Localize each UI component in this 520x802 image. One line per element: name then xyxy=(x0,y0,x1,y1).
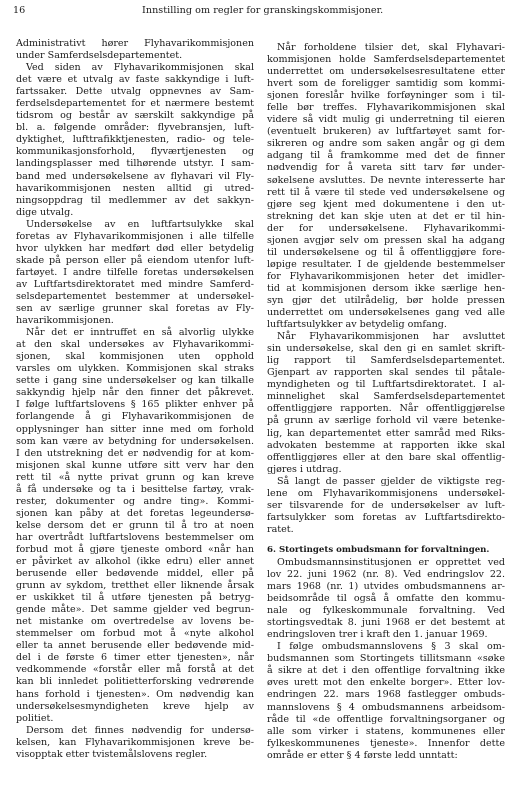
text-line: net mistanke om overtredelse av lovens b… xyxy=(16,616,254,628)
page-header: 16 Innstilling om regler for granskingsk… xyxy=(0,5,520,21)
text-line: varsles om ulykken. Kommisjonen skal str… xyxy=(16,363,254,375)
text-line: løpige resultater. I de gjeldende bestem… xyxy=(267,259,505,271)
text-line: gjøre seg kjent med dokumentene i den ut… xyxy=(267,199,505,211)
text-line: (eventuelt brukeren) av luftfartøyet sam… xyxy=(267,126,505,138)
text-line: I den utstrekning det er nødvendig for a… xyxy=(16,448,254,460)
text-line: advokaten bestemme at rapporten ikke ska… xyxy=(267,440,505,452)
text-line: til undersøkelsene og til å offentliggjø… xyxy=(267,247,505,259)
section-heading: 6. Stortingets ombudsmann for forvaltnin… xyxy=(267,544,505,556)
text-line: nødvendig for å vareta sitt tarv før und… xyxy=(267,162,505,174)
paragraph: Så langt de passer gjelder de viktigste … xyxy=(267,476,505,536)
text-line: som kan være av betydning for undersøkel… xyxy=(16,436,254,448)
text-line: område er etter § 4 første ledd unntatt: xyxy=(267,750,505,762)
text-line: band med undersøkelsene av flyhavari vil… xyxy=(16,171,254,183)
text-line: fartssaker. Dette utvalg oppnevnes av Sa… xyxy=(16,86,254,98)
text-line: I følge luftfartslovens § 165 plikter en… xyxy=(16,399,254,411)
paragraph: Administrativt hører Flyhavarikommisjone… xyxy=(16,38,254,62)
text-line: hans forhold i tjenesten». Om nødvendig … xyxy=(16,689,254,701)
paragraph: Når forholdene tilsier det, skal Flyhava… xyxy=(267,42,505,331)
text-line: offentliggjøre rapporten. Når offentligg… xyxy=(267,403,505,415)
text-line: Når Flyhavarikommisjonen har avsluttet xyxy=(267,331,505,343)
text-line: eller ta annet berusende eller bedøvende… xyxy=(16,640,254,652)
text-line: kan bli innledet politietterforsking ved… xyxy=(16,676,254,688)
text-line: I følge ombudsmannslovens § 3 skal om- xyxy=(267,641,505,653)
text-line: er uskikket til å utføre tjenesten på be… xyxy=(16,592,254,604)
text-line: at den skal undersøkes av Flyhavarikommi… xyxy=(16,339,254,351)
text-line: sin undersøkelse, skal den gi en samlet … xyxy=(267,343,505,355)
paragraph: Når det er inntruffet en så alvorlig uly… xyxy=(16,327,254,725)
text-line: Når forholdene tilsier det, skal Flyhava… xyxy=(267,42,505,54)
text-line: sjonen avgjør selv om pressen skal ha ad… xyxy=(267,235,505,247)
text-line: kelse dersom det er grunn til å tro at n… xyxy=(16,520,254,532)
text-line: gjøres i utdrag. xyxy=(267,464,505,476)
text-line: budsmannen som Stortingets tillitsmann «… xyxy=(267,653,505,665)
text-line: Ved siden av Flyhavarikommisjonen skal xyxy=(16,62,254,74)
text-line: Undersøkelse av en luftfartsulykke skal xyxy=(16,219,254,231)
text-line: lig, kan departementet etter samråd med … xyxy=(267,428,505,440)
text-line: alle som virker i statens, kommunenes el… xyxy=(267,726,505,738)
text-line: underrettet om undersøkelsesresultatene … xyxy=(267,66,505,78)
text-line: landingsplasser med tilhørende utstyr. I… xyxy=(16,158,254,170)
text-line: misjonen skal kunne utføre sitt verv har… xyxy=(16,460,254,472)
text-line: foretas av Flyhavarikommisjonen i alle t… xyxy=(16,231,254,243)
text-line: dyktighet, lufttrafikktjenesten, radio- … xyxy=(16,134,254,146)
text-line: rett til «å nytte privat grunn og kan kr… xyxy=(16,472,254,484)
text-line: er påvirket av alkohol (ikke edru) eller… xyxy=(16,556,254,568)
text-line: sjonen foreslår hvilke forføyninger som … xyxy=(267,90,505,102)
text-line: strekning det kan skje uten at det er ti… xyxy=(267,211,505,223)
text-line: gende måte». Det samme gjelder ved begru… xyxy=(16,604,254,616)
text-line: rester, dokumenter og andre ting». Kommi… xyxy=(16,496,254,508)
paragraph: I følge ombudsmannslovens § 3 skal om-bu… xyxy=(267,641,505,761)
paragraph: Undersøkelse av en luftfartsulykke skalf… xyxy=(16,219,254,327)
text-line: sjonen, skal kommisjonen uten opphold xyxy=(16,351,254,363)
text-line: mars 1968 (nr. 1) utvides ombudsmannens … xyxy=(267,581,505,593)
text-line: råde til «de offentlige forvaltningsorga… xyxy=(267,714,505,726)
text-line: for Flyhavarikommisjonen heter det imidl… xyxy=(267,271,505,283)
text-line: har overtrådt luftfartslovens bestemmels… xyxy=(16,532,254,544)
text-line: endringen 22. mars 1968 fastlegger ombud… xyxy=(267,689,505,701)
text-line: myndigheten og til Luftfartsdirektoratet… xyxy=(267,379,505,391)
text-line: lov 22. juni 1962 (nr. 8). Ved endringsl… xyxy=(267,569,505,581)
text-line: ser tilsvarende for de undersøkelser av … xyxy=(267,500,505,512)
text-line: del i de første 6 timer etter tjenesten»… xyxy=(16,652,254,664)
page-number: 16 xyxy=(13,5,25,16)
text-line: beidsområde til også å omfatte den kommu… xyxy=(267,593,505,605)
text-line: visopptak etter tvistemålslovens regler. xyxy=(16,749,254,761)
text-line: hvert som de foreligger samtidig som kom… xyxy=(267,78,505,90)
text-line: Gjenpart av rapporten skal sendes til på… xyxy=(267,367,505,379)
text-line: Så langt de passer gjelder de viktigste … xyxy=(267,476,505,488)
text-line: tid at kommisjonen dersom ikke særlige h… xyxy=(267,283,505,295)
right-column: Når forholdene tilsier det, skal Flyhava… xyxy=(267,42,505,762)
text-line: det være et utvalg av faste sakkyndige i… xyxy=(16,74,254,86)
text-line: søkelsene avsluttes. De nevnte interesse… xyxy=(267,175,505,187)
text-line: Ombudsmannsinstitusjonen er opprettet ve… xyxy=(267,557,505,569)
text-line: å få undersøke og ta i besittelse fartøy… xyxy=(16,484,254,496)
text-line: forlangende å gi Flyhavarikommisjonen de xyxy=(16,411,254,423)
text-line: bl. a. følgende områder: flyvebransjen, … xyxy=(16,122,254,134)
text-line: offentliggjøres eller at den bare skal o… xyxy=(267,452,505,464)
text-line: minnelighet skal Samferdselsdepartemente… xyxy=(267,391,505,403)
text-line: nale og fylkeskommunale forvaltning. Ved xyxy=(267,605,505,617)
text-line: adgang til å framkomme med det de finner xyxy=(267,150,505,162)
text-line: berusende eller bedøvende middel, eller … xyxy=(16,568,254,580)
text-line: felle bør treffes. Flyhavarikommisjonen … xyxy=(267,102,505,114)
text-line: luftfartsulykker av betydelig omfang. xyxy=(267,319,505,331)
text-line: fylkeskommunenes tjeneste». Innenfor det… xyxy=(267,738,505,750)
text-line: fartsulykker som foretas av Luftfartsdir… xyxy=(267,512,505,524)
text-line: mannslovens § 4 ombudsmannens arbeidsom- xyxy=(267,702,505,714)
text-line: tidsrom og består av særskilt sakkyndige… xyxy=(16,110,254,122)
text-line: undersøkelsesmyndigheten kreve hjelp av xyxy=(16,701,254,713)
text-line: der for undersøkelsene. Flyhavarikommi- xyxy=(267,223,505,235)
text-line: vedkommende «forstår eller må forstå at … xyxy=(16,664,254,676)
text-line: hvor ulykken har medført død eller betyd… xyxy=(16,243,254,255)
text-line: sakkyndig hjelp når den finner det påkre… xyxy=(16,387,254,399)
text-line: selsdepartementet bestemmer at undersøke… xyxy=(16,291,254,303)
text-line: politiet. xyxy=(16,713,254,725)
text-line: havarikommisjonen nesten alltid gi utred… xyxy=(16,183,254,195)
text-line: kommunikasjonsforhold, flyværtjenesten o… xyxy=(16,146,254,158)
text-line: grunn av sykdom, tretthet eller liknende… xyxy=(16,580,254,592)
text-line: sen av særlige grunner skal foretas av F… xyxy=(16,303,254,315)
paragraph: Ved siden av Flyhavarikommisjonen skalde… xyxy=(16,62,254,219)
text-line: sikreren og andre som saken angår og gi … xyxy=(267,138,505,150)
text-line: å sikre at det i den offentlige forvaltn… xyxy=(267,665,505,677)
text-line: havarikommisjonen. xyxy=(16,315,254,327)
text-line: kelsen, kan Flyhavarikommisjonen kreve b… xyxy=(16,737,254,749)
text-line: ratet. xyxy=(267,524,505,536)
text-line: ningsoppdrag til medlemmer av det sakkyn… xyxy=(16,195,254,207)
text-line: kommisjonen holde Samferdselsdepartement… xyxy=(267,54,505,66)
text-line: sette i gang sine undersøkelser og kan t… xyxy=(16,375,254,387)
text-line: lig rapport til Samferdselsdepartementet… xyxy=(267,355,505,367)
text-line: underrettet om undersøkelsenes gang ved … xyxy=(267,307,505,319)
text-line: dige utvalg. xyxy=(16,207,254,219)
text-line: lene om Flyhavarikommisjonens undersøkel… xyxy=(267,488,505,500)
paragraph: Ombudsmannsinstitusjonen er opprettet ve… xyxy=(267,557,505,641)
text-line: av Luftfartsdirektoratet med mindre Samf… xyxy=(16,279,254,291)
paragraph: Dersom det finnes nødvendig for undersø-… xyxy=(16,725,254,761)
text-line: under Samferdselsdepartementet. xyxy=(16,50,254,62)
running-title: Innstilling om regler for granskingskomm… xyxy=(142,5,383,16)
text-line: skade på person eller på eiendom utenfor… xyxy=(16,255,254,267)
text-line: videre så vidt mulig gi underretning til… xyxy=(267,114,505,126)
text-line: endringsloven trer i kraft den 1. januar… xyxy=(267,629,505,641)
text-line: Dersom det finnes nødvendig for undersø- xyxy=(16,725,254,737)
text-line: stemmelser om forbud mot å «nyte alkohol xyxy=(16,628,254,640)
text-line: forbud mot å gjøre tjeneste ombord «når … xyxy=(16,544,254,556)
text-line: Administrativt hører Flyhavarikommisjone… xyxy=(16,38,254,50)
left-column: Administrativt hører Flyhavarikommisjone… xyxy=(16,38,254,761)
paragraph: Når Flyhavarikommisjonen har avsluttetsi… xyxy=(267,331,505,476)
text-line: stortingsvedtak 8. juni 1968 er det best… xyxy=(267,617,505,629)
text-line: på grunn av særlige forhold vil være bet… xyxy=(267,415,505,427)
text-line: opplysninger han sitter inne med om forh… xyxy=(16,424,254,436)
text-line: Når det er inntruffet en så alvorlig uly… xyxy=(16,327,254,339)
text-line: øves urett mot den enkelte borger». Ette… xyxy=(267,677,505,689)
text-line: ferdselsdepartementet for et nærmere bes… xyxy=(16,98,254,110)
text-line: syn gjør det utilrådelig, bør holde pres… xyxy=(267,295,505,307)
text-line: fartøyet. I andre tilfelle foretas under… xyxy=(16,267,254,279)
text-line: rett til å være til stede ved undersøkel… xyxy=(267,187,505,199)
text-line: sjonen kan påby at det foretas legeunder… xyxy=(16,508,254,520)
